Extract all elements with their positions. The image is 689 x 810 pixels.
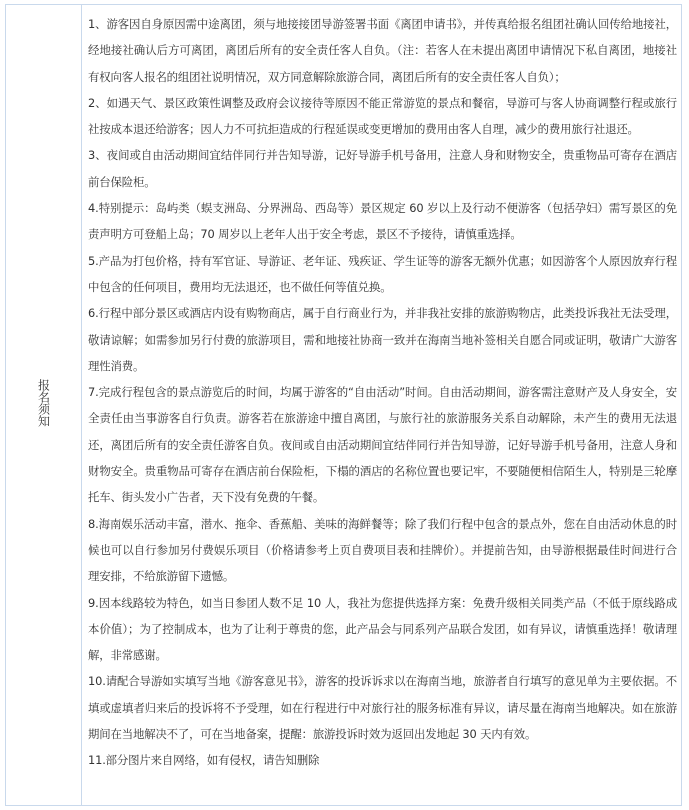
notice-item-6: 6.行程中部分景区或酒店内设有购物商店，属于自行商业行为，并非我社安排的旅游购物…	[88, 300, 677, 379]
notice-item-2: 2、如遇天气、景区政策性调整及政府会议接待等原因不能正常游览的景点和餐宿，导游可…	[88, 90, 677, 143]
notice-item-1: 1、游客因自身原因需中途离团，须与地接接团导游签署书面《离团申请书》，并传真给报…	[88, 11, 677, 90]
notice-item-9: 9.因本线路较为特色，如当日参团人数不足 10 人，我社为您提供选择方案：免费升…	[88, 590, 677, 669]
section-label-cell: 报名须知	[6, 5, 82, 806]
notice-row: 报名须知 1、游客因自身原因需中途离团，须与地接接团导游签署书面《离团申请书》，…	[6, 5, 682, 806]
notice-item-5: 5.产品为打包价格，持有军官证、导游证、老年证、残疾证、学生证等的游客无额外优惠…	[88, 248, 677, 301]
notice-item-10: 10.请配合导游如实填写当地《游客意见书》，游客的投诉诉求以在海南当地，旅游者自…	[88, 668, 677, 747]
notice-item-4: 4.特别提示：岛屿类（蜈支洲岛、分界洲岛、西岛等）景区规定 60 岁以上及行动不…	[88, 195, 677, 248]
notice-content-cell: 1、游客因自身原因需中途离团，须与地接接团导游签署书面《离团申请书》，并传真给报…	[82, 5, 682, 806]
notice-item-11: 11.部分图片来自网络，如有侵权，请告知删除	[88, 747, 677, 773]
section-label: 报名须知	[38, 379, 50, 427]
notice-item-8: 8.海南娱乐活动丰富，潜水、拖伞、香蕉船、美味的海鲜餐等；除了我们行程中包含的景…	[88, 511, 677, 590]
notice-item-7: 7.完成行程包含的景点游览后的时间，均属于游客的“自由活动”时间。自由活动期间，…	[88, 379, 677, 510]
notice-item-3: 3、夜间或自由活动期间宜结伴同行并告知导游，记好导游手机号备用，注意人身和财物安…	[88, 142, 677, 195]
registration-notice-table: 报名须知 1、游客因自身原因需中途离团，须与地接接团导游签署书面《离团申请书》，…	[5, 4, 682, 806]
